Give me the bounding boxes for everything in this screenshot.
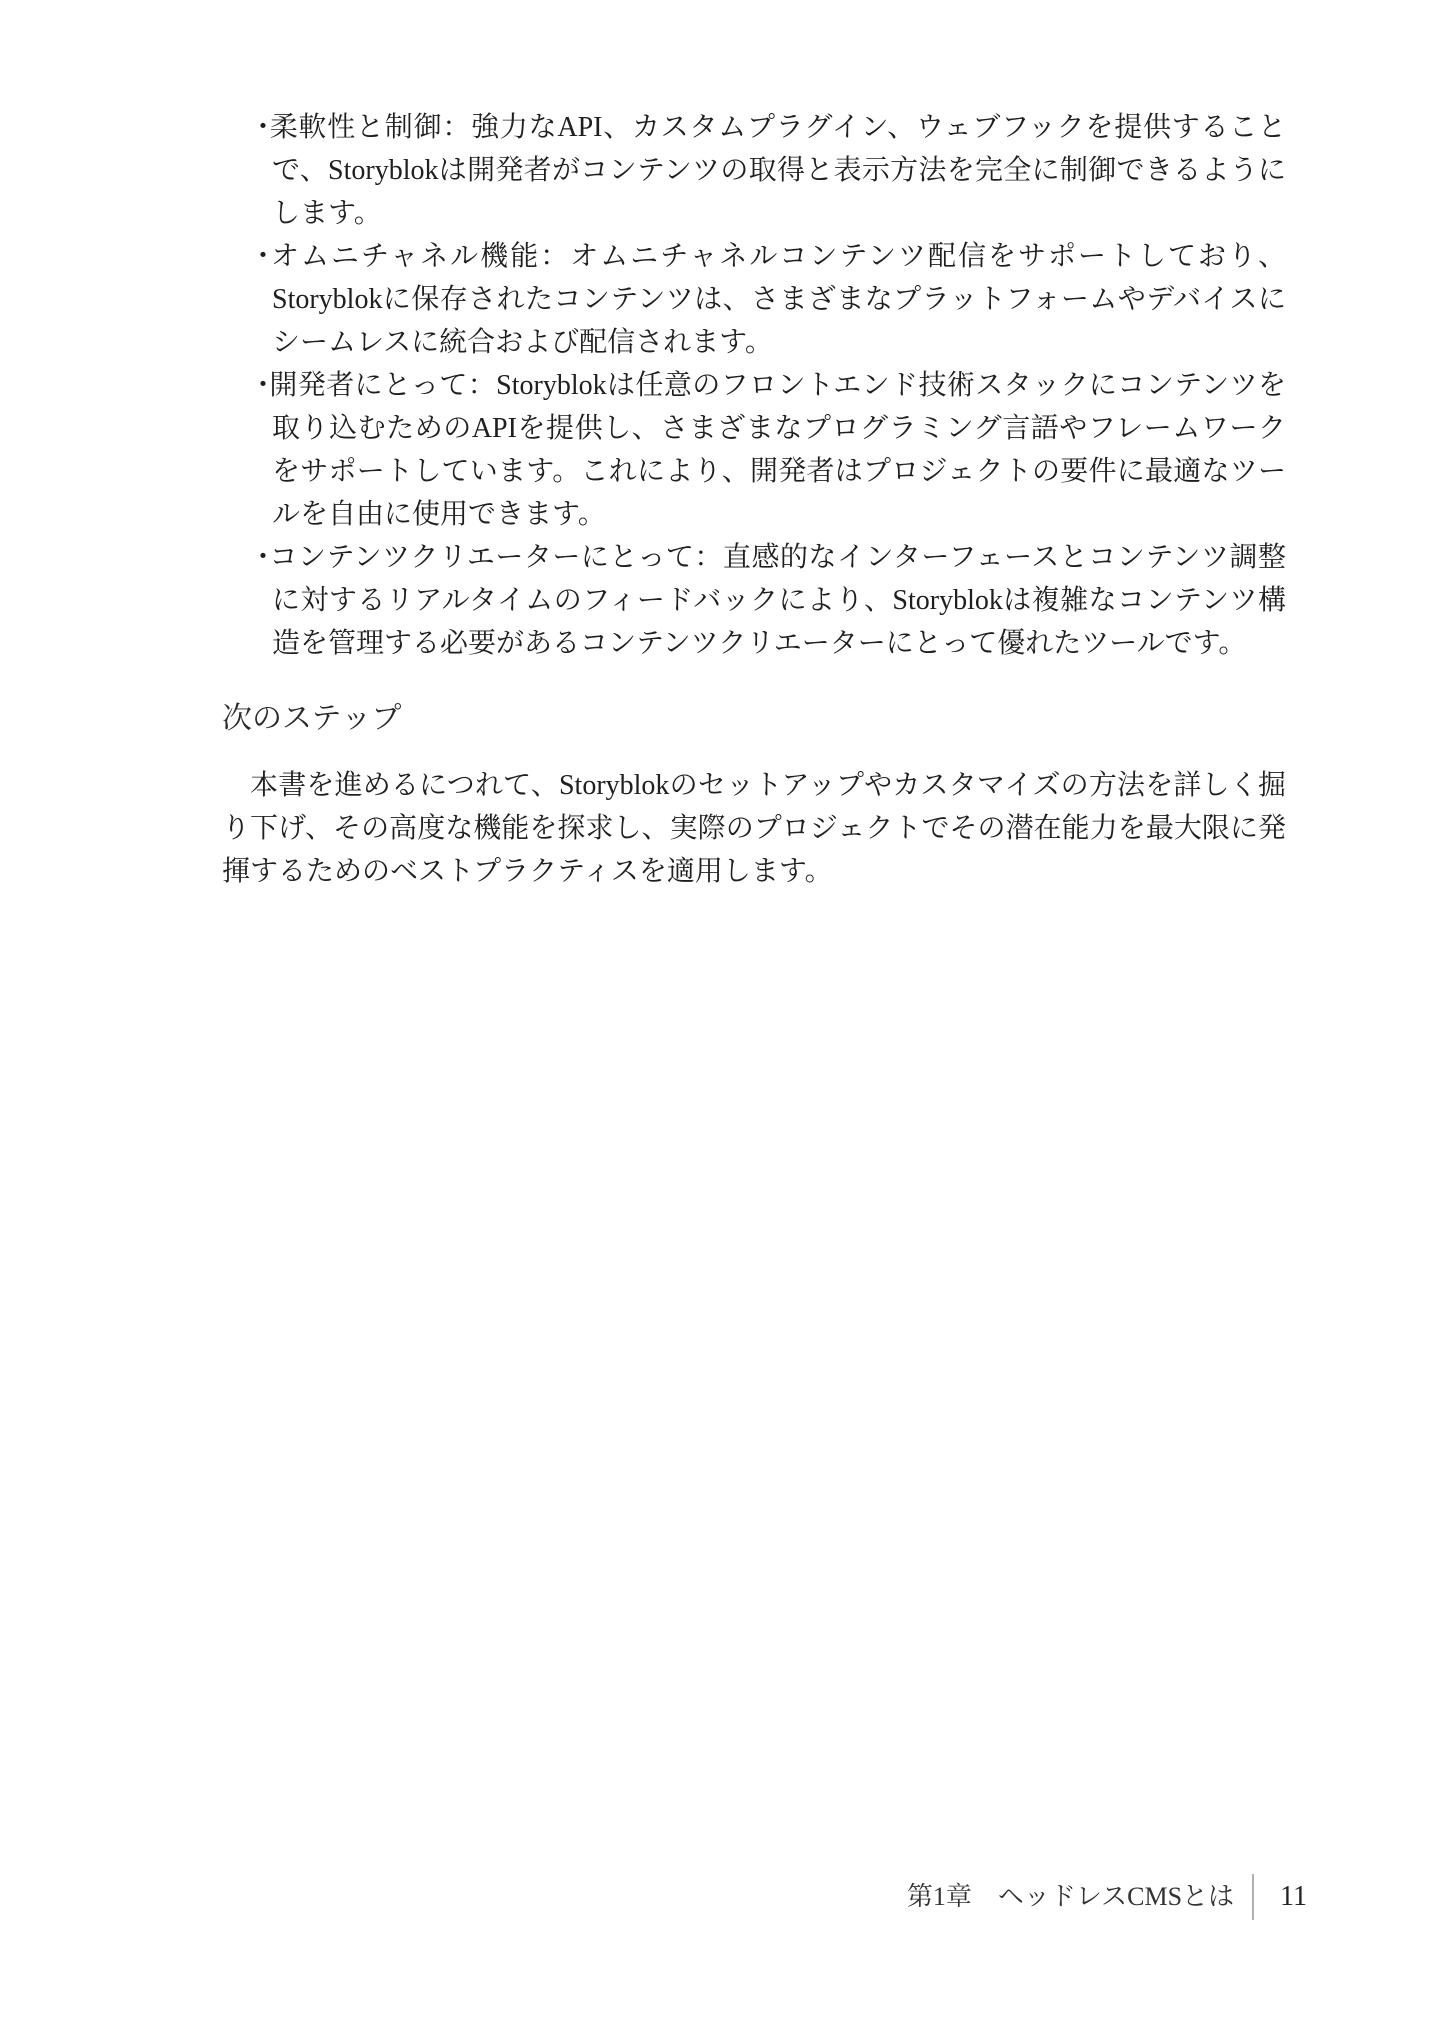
feature-bullet-list: ・柔軟性と制御：強力なAPI、カスタムプラグイン、ウェブフックを提供することで、… — [222, 106, 1286, 665]
bullet-item-developers: ・開発者にとって：Storyblokは任意のフロントエンド技術スタックにコンテン… — [222, 364, 1286, 536]
footer-divider — [1252, 1874, 1254, 1920]
bullet-marker: ・ — [249, 241, 271, 272]
bullet-item-content-creators: ・コンテンツクリエーターにとって：直感的なインターフェースとコンテンツ調整に対す… — [222, 536, 1286, 665]
bullet-item-flexibility: ・柔軟性と制御：強力なAPI、カスタムプラグイン、ウェブフックを提供することで、… — [222, 106, 1286, 235]
page-body: ・柔軟性と制御：強力なAPI、カスタムプラグイン、ウェブフックを提供することで、… — [222, 106, 1286, 893]
bullet-text: 柔軟性と制御：強力なAPI、カスタムプラグイン、ウェブフックを提供することで、S… — [270, 112, 1286, 229]
page-footer: 第1章 ヘッドレスCMSとは 11 — [907, 1874, 1307, 1920]
section-heading-next-steps: 次のステップ — [222, 701, 1286, 737]
footer-chapter-label: 第1章 ヘッドレスCMSとは — [907, 1874, 1234, 1920]
bullet-text: 開発者にとって：Storyblokは任意のフロントエンド技術スタックにコンテンツ… — [269, 370, 1286, 530]
bullet-text: コンテンツクリエーターにとって：直感的なインターフェースとコンテンツ調整に対する… — [270, 542, 1286, 659]
bullet-marker: ・ — [249, 370, 269, 401]
document-page: ・柔軟性と制御：強力なAPI、カスタムプラグイン、ウェブフックを提供することで、… — [0, 0, 1433, 2024]
body-paragraph: 本書を進めるにつれて、Storyblokのセットアップやカスタマイズの方法を詳し… — [222, 764, 1286, 893]
bullet-item-omnichannel: ・オムニチャネル機能：オムニチャネルコンテンツ配信をサポートしており、Story… — [222, 235, 1286, 364]
bullet-marker: ・ — [249, 542, 270, 573]
bullet-text: オムニチャネル機能：オムニチャネルコンテンツ配信をサポートしており、Storyb… — [271, 241, 1286, 358]
bullet-marker: ・ — [249, 112, 270, 143]
footer-page-number: 11 — [1280, 1874, 1307, 1920]
